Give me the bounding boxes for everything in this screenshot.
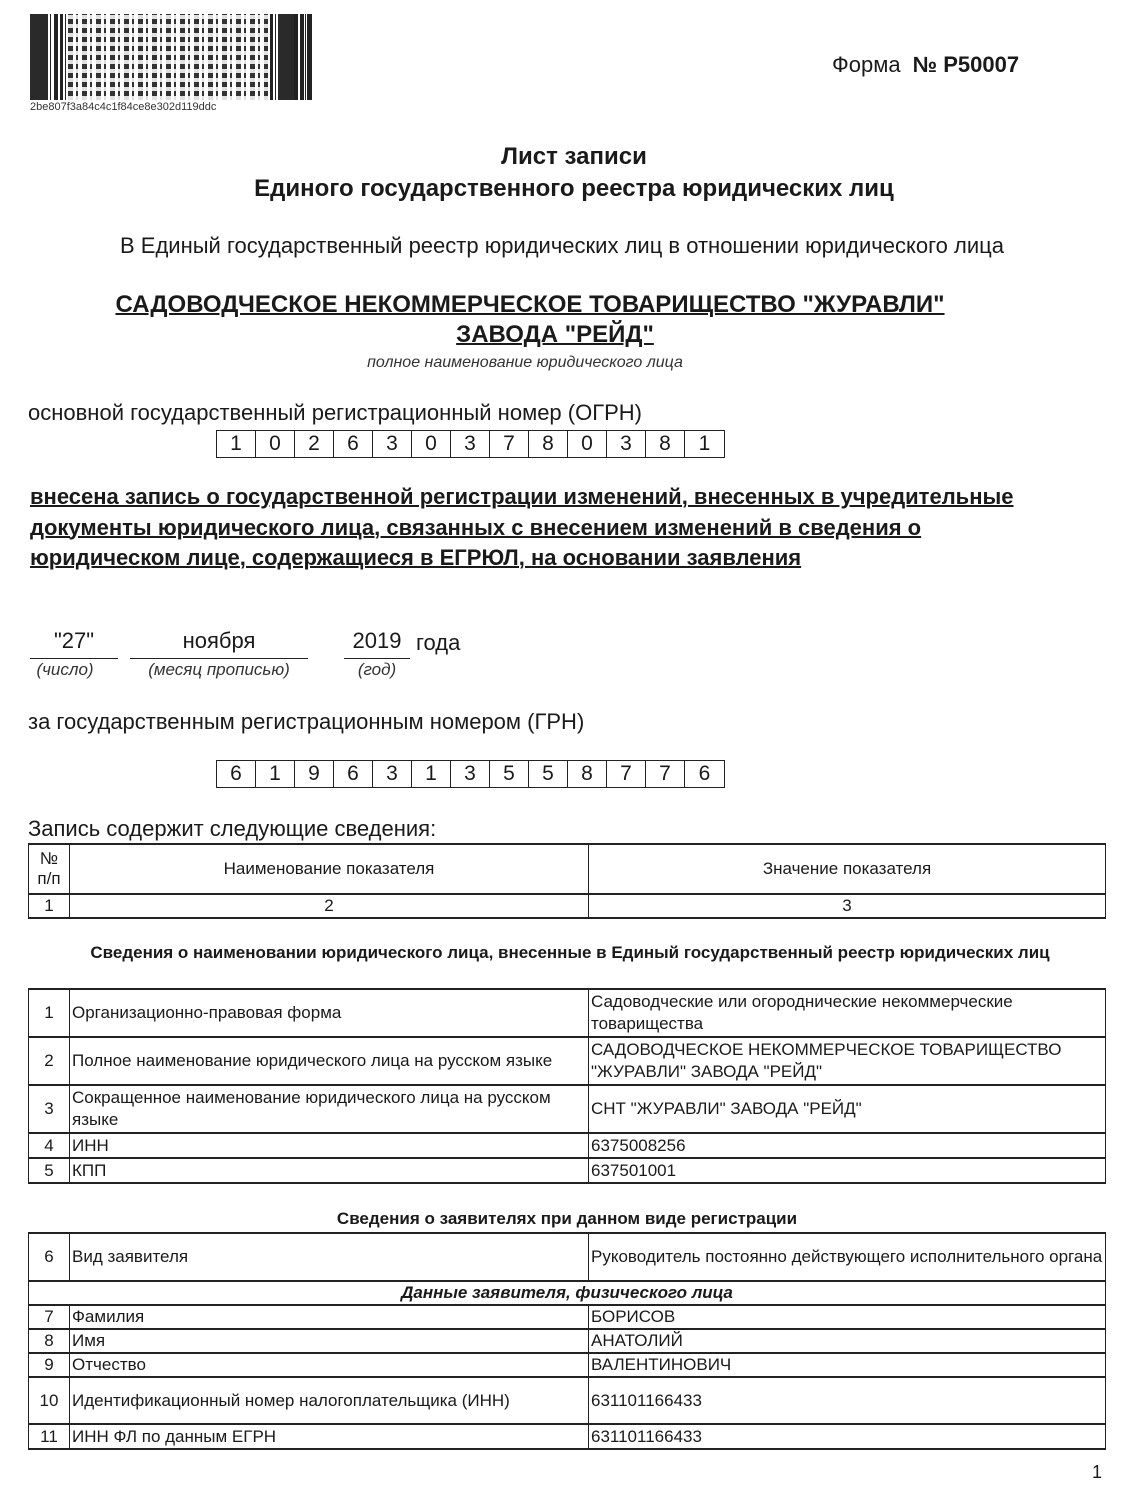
row-value: ВАЛЕНТИНОВИЧ bbox=[589, 1353, 1106, 1377]
ogrn-digit: 0 bbox=[568, 431, 607, 457]
barcode-image bbox=[30, 14, 312, 100]
row-number: 5 bbox=[29, 1158, 70, 1183]
table-row: 10 Идентификационный номер налогоплатель… bbox=[29, 1377, 1106, 1424]
table-row: 1 Организационно-правовая форма Садоводч… bbox=[29, 989, 1106, 1037]
row-number: 1 bbox=[29, 989, 70, 1037]
row-value: Руководитель постоянно действующего испо… bbox=[589, 1233, 1106, 1281]
table-subheading-row: Данные заявителя, физического лица bbox=[29, 1281, 1106, 1305]
grn-digit: 3 bbox=[451, 761, 490, 787]
section2-title: Сведения о заявителях при данном виде ре… bbox=[0, 1207, 1124, 1231]
row-value: Садоводческие или огороднические некомме… bbox=[589, 989, 1106, 1037]
grn-label: за государственным регистрационным номер… bbox=[28, 709, 584, 735]
ogrn-digit: 0 bbox=[256, 431, 295, 457]
col-value-header: Значение показателя bbox=[589, 844, 1106, 894]
row-number: 8 bbox=[29, 1329, 70, 1353]
col-index: 3 bbox=[589, 894, 1106, 918]
row-value: БОРИСОВ bbox=[589, 1305, 1106, 1329]
record-intro: Запись содержит следующие сведения: bbox=[28, 816, 436, 842]
row-name: Отчество bbox=[70, 1353, 589, 1377]
date-day: "27" bbox=[30, 628, 118, 659]
grn-digit: 5 bbox=[529, 761, 568, 787]
ogrn-digit: 3 bbox=[373, 431, 412, 457]
row-number: 3 bbox=[29, 1085, 70, 1133]
table-row: 5 КПП 637501001 bbox=[29, 1158, 1106, 1183]
row-value: 631101166433 bbox=[589, 1424, 1106, 1449]
form-code: № Р50007 bbox=[913, 52, 1020, 77]
grn-digit: 7 bbox=[607, 761, 646, 787]
row-name: Идентификационный номер налогоплательщик… bbox=[70, 1377, 589, 1424]
col-index: 1 bbox=[29, 894, 70, 918]
grn-digit: 9 bbox=[295, 761, 334, 787]
row-number: 10 bbox=[29, 1377, 70, 1424]
row-value: АНАТОЛИЙ bbox=[589, 1329, 1106, 1353]
row-name: Имя bbox=[70, 1329, 589, 1353]
table-row: 4 ИНН 6375008256 bbox=[29, 1133, 1106, 1158]
grn-digit: 6 bbox=[685, 761, 724, 787]
row-number: 9 bbox=[29, 1353, 70, 1377]
row-name: ИНН bbox=[70, 1133, 589, 1158]
ogrn-digit: 3 bbox=[607, 431, 646, 457]
date-year-caption: (год) bbox=[344, 660, 410, 680]
table-row: 7 Фамилия БОРИСОВ bbox=[29, 1305, 1106, 1329]
applicant-subheading: Данные заявителя, физического лица bbox=[29, 1281, 1106, 1305]
row-number: 2 bbox=[29, 1037, 70, 1085]
date-suffix: года bbox=[416, 630, 460, 656]
row-value: СНТ "ЖУРАВЛИ" ЗАВОДА "РЕЙД" bbox=[589, 1085, 1106, 1133]
table-row: 3 Сокращенное наименование юридического … bbox=[29, 1085, 1106, 1133]
table-row: 2 Полное наименование юридического лица … bbox=[29, 1037, 1106, 1085]
header-table: № п/п Наименование показателя Значение п… bbox=[28, 843, 1106, 919]
ogrn-label: основной государственный регистрационный… bbox=[28, 400, 642, 426]
row-number: 11 bbox=[29, 1424, 70, 1449]
row-name: Вид заявителя bbox=[70, 1233, 589, 1281]
row-value: 6375008256 bbox=[589, 1133, 1106, 1158]
table-row: 11 ИНН ФЛ по данным ЕГРН 631101166433 bbox=[29, 1424, 1106, 1449]
ogrn-digit: 8 bbox=[646, 431, 685, 457]
row-number: 6 bbox=[29, 1233, 70, 1281]
entity-name-caption: полное наименование юридического лица bbox=[0, 354, 1050, 372]
row-value: 637501001 bbox=[589, 1158, 1106, 1183]
grn-digit: 3 bbox=[373, 761, 412, 787]
barcode-hash: 2be807f3a84c4c1f84ce8e302d119ddc bbox=[30, 101, 216, 113]
grn-digit: 7 bbox=[646, 761, 685, 787]
ogrn-digit: 1 bbox=[217, 431, 256, 457]
intro-text: В Единый государственный реестр юридичес… bbox=[30, 230, 1124, 262]
grn-digit: 8 bbox=[568, 761, 607, 787]
col-name-header: Наименование показателя bbox=[70, 844, 589, 894]
row-name: Сокращенное наименование юридического ли… bbox=[70, 1085, 589, 1133]
row-value: 631101166433 bbox=[589, 1377, 1106, 1424]
row-name: Организационно-правовая форма bbox=[70, 989, 589, 1037]
ogrn-digit: 1 bbox=[685, 431, 724, 457]
ogrn-digit: 7 bbox=[490, 431, 529, 457]
ogrn-digit: 6 bbox=[334, 431, 373, 457]
form-number: Форма№ Р50007 bbox=[832, 52, 1019, 78]
row-number: 7 bbox=[29, 1305, 70, 1329]
ogrn-digit: 0 bbox=[412, 431, 451, 457]
entity-name-line1: САДОВОДЧЕСКОЕ НЕКОММЕРЧЕСКОЕ ТОВАРИЩЕСТВ… bbox=[0, 290, 1060, 320]
ogrn-digit: 8 bbox=[529, 431, 568, 457]
document-title-line1: Лист записи bbox=[0, 143, 1124, 171]
grn-digit: 1 bbox=[412, 761, 451, 787]
grn-digit: 6 bbox=[217, 761, 256, 787]
date-day-caption: (число) bbox=[30, 660, 100, 680]
row-number: 4 bbox=[29, 1133, 70, 1158]
ogrn-digit-boxes: 1 0 2 6 3 0 3 7 8 0 3 8 1 bbox=[216, 430, 725, 458]
grn-digit: 6 bbox=[334, 761, 373, 787]
section1-title: Сведения о наименовании юридического лиц… bbox=[50, 941, 1090, 965]
entity-name-line2: ЗАВОДА "РЕЙД" bbox=[60, 320, 1050, 350]
col-number-header: № п/п bbox=[29, 844, 70, 894]
section2-table: 6 Вид заявителя Руководитель постоянно д… bbox=[28, 1232, 1106, 1450]
row-name: КПП bbox=[70, 1158, 589, 1183]
decision-text: внесена запись о государственной регистр… bbox=[30, 482, 1030, 574]
date-year: 2019 bbox=[344, 628, 410, 659]
ogrn-digit: 2 bbox=[295, 431, 334, 457]
grn-digit: 1 bbox=[256, 761, 295, 787]
col-index: 2 bbox=[70, 894, 589, 918]
ogrn-digit: 3 bbox=[451, 431, 490, 457]
date-month-caption: (месяц прописью) bbox=[130, 660, 308, 680]
grn-digit-boxes: 6 1 9 6 3 1 3 5 5 8 7 7 6 bbox=[216, 760, 725, 788]
document-title-line2: Единого государственного реестра юридиче… bbox=[0, 175, 1124, 203]
row-name: Фамилия bbox=[70, 1305, 589, 1329]
table-row: 8 Имя АНАТОЛИЙ bbox=[29, 1329, 1106, 1353]
row-name: ИНН ФЛ по данным ЕГРН bbox=[70, 1424, 589, 1449]
table-row: 9 Отчество ВАЛЕНТИНОВИЧ bbox=[29, 1353, 1106, 1377]
row-value: САДОВОДЧЕСКОЕ НЕКОММЕРЧЕСКОЕ ТОВАРИЩЕСТВ… bbox=[589, 1037, 1106, 1085]
date-month: ноября bbox=[130, 628, 308, 659]
row-name: Полное наименование юридического лица на… bbox=[70, 1037, 589, 1085]
form-label: Форма bbox=[832, 52, 901, 77]
section1-table: 1 Организационно-правовая форма Садоводч… bbox=[28, 988, 1106, 1184]
grn-digit: 5 bbox=[490, 761, 529, 787]
table-row: 6 Вид заявителя Руководитель постоянно д… bbox=[29, 1233, 1106, 1281]
page-number: 1 bbox=[1092, 1462, 1102, 1483]
